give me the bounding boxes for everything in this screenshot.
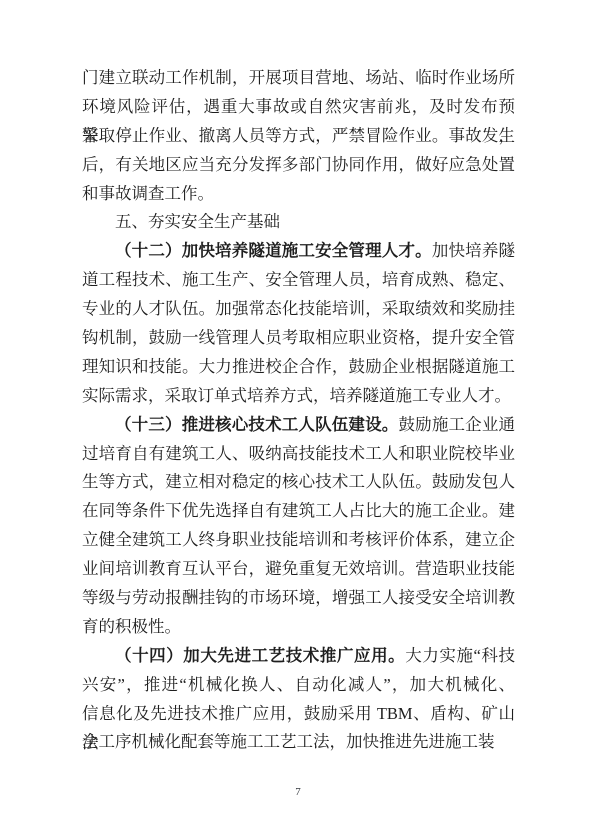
body-text: 专业的人才队伍。加强常态化技能培训，采取绩效和奖励挂 [82, 299, 515, 318]
text-line: 业间培训教育互认平台，避免重复无效培训。营造职业技能 [82, 555, 515, 584]
text-line: 过培育自有建筑工人、吸纳高技能技术工人和职业院校毕业 [82, 440, 515, 469]
section-heading: 五、夯实安全生产基础 [82, 208, 515, 237]
body-text: 育的积极性。 [82, 617, 181, 636]
text-line: 专业的人才队伍。加强常态化技能培训，采取绩效和奖励挂 [82, 295, 515, 324]
text-line: 全工序机械化配套等施工工艺工法，加快推进先进施工装 [82, 728, 515, 757]
body-text: 道工程技术、施工生产、安全管理人员，培育成熟、稳定、 [82, 270, 515, 289]
text-line: 理知识和技能。大力推进校企合作，鼓励企业根据隧道施工 [82, 353, 515, 382]
document-page: 门建立联动工作机制，开展项目营地、场站、临时作业场所环境风险评估，遇重大事故或自… [0, 0, 596, 835]
text-block: 门建立联动工作机制，开展项目营地、场站、临时作业场所环境风险评估，遇重大事故或自… [82, 64, 515, 757]
text-line: 等级与劳动报酬挂钩的市场环境，增强工人接受安全培训教 [82, 584, 515, 613]
text-line: 兴安”，推进“机械化换人、自动化减人”，加大机械化、 [82, 671, 515, 700]
body-text: 和事故调查工作。 [82, 184, 214, 203]
text-line: （十二）加快培养隧道施工安全管理人才。加快培养隧 [82, 237, 515, 266]
text-line: 采取停止作业、撤离人员等方式，严禁冒险作业。事故发生 [82, 122, 515, 151]
page-number: 7 [0, 785, 596, 799]
body-text: 立健全建筑工人终身职业技能培训和考核评价体系，建立企 [82, 530, 515, 549]
body-text: 实际需求，采取订单式培养方式，培养隧道施工专业人才。 [82, 386, 511, 405]
body-text: 大力实施“科技 [405, 646, 515, 665]
text-line: 立健全建筑工人终身职业技能培训和考核评价体系，建立企 [82, 526, 515, 555]
body-text: 等级与劳动报酬挂钩的市场环境，增强工人接受安全培训教 [82, 588, 515, 607]
text-line: （十四）加大先进工艺技术推广应用。大力实施“科技 [82, 642, 515, 671]
body-text: 门建立联动工作机制，开展项目营地、场站、临时作业场所 [82, 68, 515, 87]
text-line: 实际需求，采取订单式培养方式，培养隧道施工专业人才。 [82, 382, 515, 411]
subsection-title-text: （十四）加大先进工艺技术推广应用。 [115, 646, 405, 665]
body-text: 采取停止作业、撤离人员等方式，严禁冒险作业。事故发生 [82, 126, 515, 145]
subsection-title-text: （十三）推进核心技术工人队伍建设。 [115, 415, 398, 434]
subsection-title-text: （十二）加快培养隧道施工安全管理人才。 [115, 241, 432, 260]
body-text: 过培育自有建筑工人、吸纳高技能技术工人和职业院校毕业 [82, 444, 515, 463]
text-line: （十三）推进核心技术工人队伍建设。鼓励施工企业通 [82, 411, 515, 440]
text-line: 后，有关地区应当充分发挥多部门协同作用，做好应急处置 [82, 151, 515, 180]
body-text: 在同等条件下优先选择自有建筑工人占比大的施工企业。建 [82, 501, 515, 520]
text-line: 生等方式，建立相对稳定的核心技术工人队伍。鼓励发包人 [82, 468, 515, 497]
text-line: 和事故调查工作。 [82, 180, 515, 209]
text-line: 钩机制，鼓励一线管理人员考取相应职业资格，提升安全管 [82, 324, 515, 353]
body-text: 业间培训教育互认平台，避免重复无效培训。营造职业技能 [82, 559, 515, 578]
body-text: 鼓励施工企业通 [398, 415, 515, 434]
text-line: 道工程技术、施工生产、安全管理人员，培育成熟、稳定、 [82, 266, 515, 295]
body-text: 兴安”，推进“机械化换人、自动化减人”，加大机械化、 [82, 675, 515, 694]
body-text: 后，有关地区应当充分发挥多部门协同作用，做好应急处置 [82, 155, 515, 174]
body-text: 钩机制，鼓励一线管理人员考取相应职业资格，提升安全管 [82, 328, 515, 347]
text-line: 育的积极性。 [82, 613, 515, 642]
body-text: 五、夯实安全生产基础 [115, 212, 280, 231]
body-text: 全工序机械化配套等施工工艺工法，加快推进先进施工装 [82, 732, 495, 751]
body-text: 生等方式，建立相对稳定的核心技术工人队伍。鼓励发包人 [82, 472, 515, 491]
body-text: 理知识和技能。大力推进校企合作，鼓励企业根据隧道施工 [82, 357, 515, 376]
text-line: 在同等条件下优先选择自有建筑工人占比大的施工企业。建 [82, 497, 515, 526]
text-line: 环境风险评估，遇重大事故或自然灾害前兆，及时发布预警， [82, 93, 515, 122]
text-line: 信息化及先进技术推广应用，鼓励采用 TBM、盾构、矿山法 [82, 700, 515, 729]
body-text: 加快培养隧 [432, 241, 515, 260]
text-line: 门建立联动工作机制，开展项目营地、场站、临时作业场所 [82, 64, 515, 93]
